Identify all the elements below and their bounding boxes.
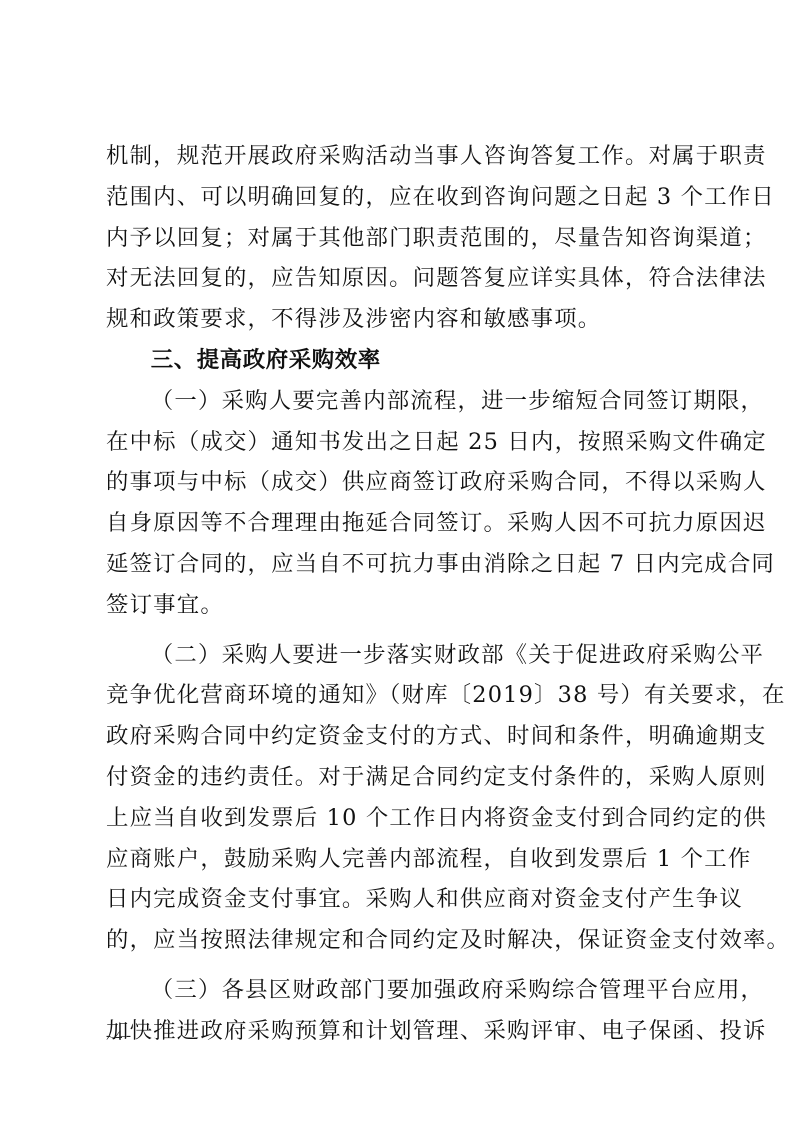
text-line: （三）各县区财政部门要加强政府采购综合管理平台应用，	[106, 970, 692, 1011]
document-page: 机制，规范开展政府采购活动当事人咨询答复工作。对属于职责 范围内、可以明确回复的…	[0, 0, 793, 1122]
text-line: 对无法回复的，应告知原因。问题答复应详实具体，符合法律法	[106, 258, 692, 299]
page-number: - 4 -	[106, 1028, 131, 1045]
text-line: 上应当自收到发票后 10 个工作日内将资金支付到合同约定的供	[106, 798, 692, 839]
text-line: 竞争优化营商环境的通知》（财库〔2019〕38 号）有关要求，在	[106, 675, 692, 716]
text-line: 在中标（成交）通知书发出之日起 25 日内，按照采购文件确定	[106, 422, 692, 463]
text-line: （二）采购人要进一步落实财政部《关于促进政府采购公平	[106, 635, 692, 676]
text-line: 政府采购合同中约定资金支付的方式、时间和条件，明确逾期支	[106, 716, 692, 757]
heading-text: 三、提高政府采购效率	[106, 340, 692, 381]
section-heading: 三、提高政府采购效率	[106, 340, 692, 381]
text-line: 范围内、可以明确回复的，应在收到咨询问题之日起 3 个工作日	[106, 177, 692, 218]
text-line: 自身原因等不合理理由拖延合同签订。采购人因不可抗力原因迟	[106, 503, 692, 544]
text-line: 日内完成资金支付事宜。采购人和供应商对资金支付产生争议	[106, 879, 692, 920]
text-line: 的，应当按照法律规定和合同约定及时解决，保证资金支付效率。	[106, 920, 692, 961]
text-line: 应商账户，鼓励采购人完善内部流程，自收到发票后 1 个工作	[106, 839, 692, 880]
paragraph-2: （二）采购人要进一步落实财政部《关于促进政府采购公平 竞争优化营商环境的通知》（…	[106, 635, 692, 961]
text-line: （一）采购人要完善内部流程，进一步缩短合同签订期限，	[106, 381, 692, 422]
text-line: 机制，规范开展政府采购活动当事人咨询答复工作。对属于职责	[106, 136, 692, 177]
text-line: 延签订合同的，应当自不可抗力事由消除之日起 7 日内完成合同	[106, 544, 692, 585]
paragraph-continuation: 机制，规范开展政府采购活动当事人咨询答复工作。对属于职责 范围内、可以明确回复的…	[106, 136, 692, 340]
document-body: 机制，规范开展政府采购活动当事人咨询答复工作。对属于职责 范围内、可以明确回复的…	[106, 136, 692, 1052]
text-line: 加快推进政府采购预算和计划管理、采购评审、电子保函、投诉	[106, 1011, 692, 1052]
text-line: 的事项与中标（成交）供应商签订政府采购合同，不得以采购人	[106, 462, 692, 503]
text-line: 签订事宜。	[106, 585, 692, 626]
text-line: 内予以回复；对属于其他部门职责范围的，尽量告知咨询渠道；	[106, 218, 692, 259]
paragraph-3: （三）各县区财政部门要加强政府采购综合管理平台应用， 加快推进政府采购预算和计划…	[106, 970, 692, 1052]
text-line: 规和政策要求，不得涉及涉密内容和敏感事项。	[106, 299, 692, 340]
paragraph-1: （一）采购人要完善内部流程，进一步缩短合同签订期限， 在中标（成交）通知书发出之…	[106, 381, 692, 626]
text-line: 付资金的违约责任。对于满足合同约定支付条件的，采购人原则	[106, 757, 692, 798]
